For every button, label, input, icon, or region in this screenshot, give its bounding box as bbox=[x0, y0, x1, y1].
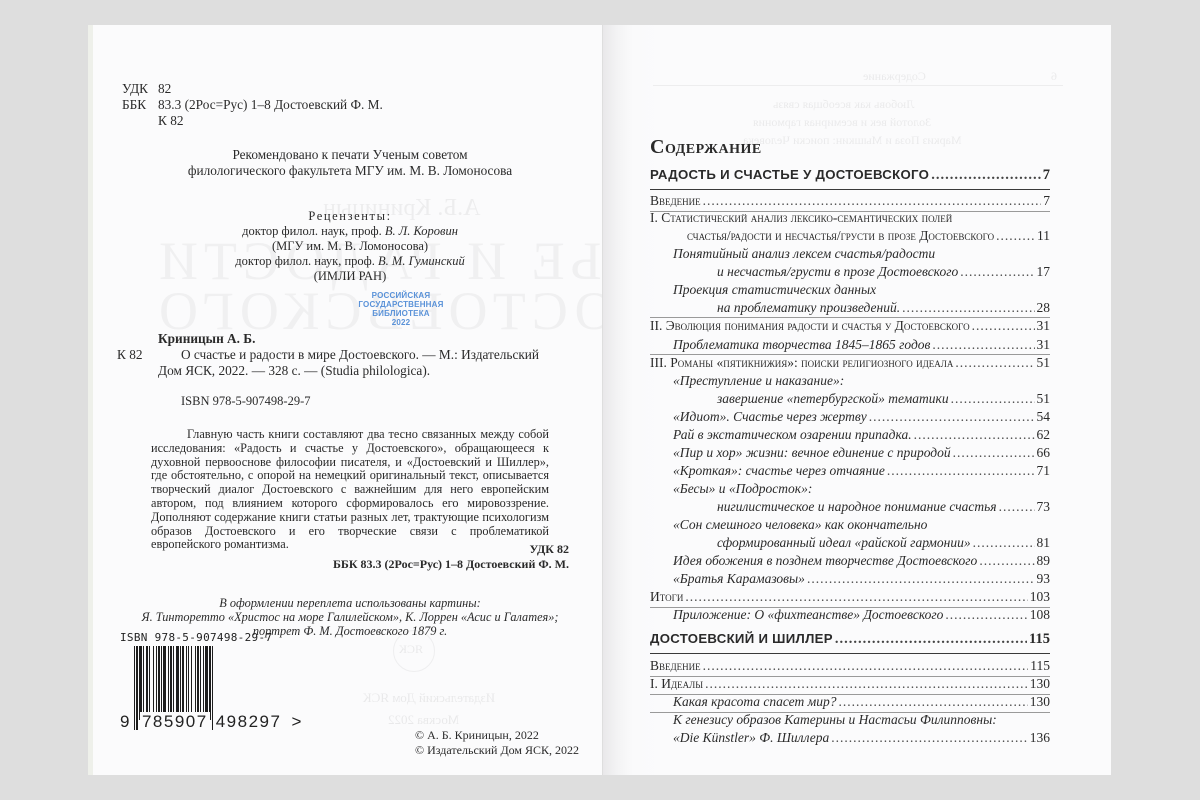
bbk-value: 83.3 (2Рос=Рус) 1–8 Достоевский Ф. М. bbox=[158, 97, 383, 112]
toc-entry-title: «Сон смешного человека» как окончательно bbox=[673, 517, 927, 533]
stamp-line-2: ГОСУДАРСТВЕННАЯ bbox=[346, 300, 456, 309]
toc-title: Содержание bbox=[650, 136, 762, 159]
toc-entry: Понятийный анализ лексем счастья/радости bbox=[673, 246, 935, 262]
left-page-imprint: А.Б. Криницын О СЧАСТЬЕ И РАДОСТИ В МИРЕ… bbox=[88, 25, 602, 775]
toc-entry-page: 7 bbox=[1043, 167, 1050, 184]
toc-entry-title: I. Идеалы bbox=[650, 676, 703, 692]
toc-leader-dots bbox=[953, 445, 1035, 461]
toc-entry-page: 31 bbox=[1037, 337, 1051, 353]
toc-entry-title: «Пир и хор» жизни: вечное единение с при… bbox=[673, 445, 951, 461]
toc-entry-title: и несчастья/грусти в прозе Достоевского bbox=[717, 264, 958, 280]
toc-entry: Приложение: О «фихтеанстве» Достоевского… bbox=[673, 607, 1050, 623]
entry-line-1: О счастье и радости в мире Достоевского.… bbox=[181, 347, 539, 363]
barcode-digits-group-2: 498297 bbox=[214, 712, 284, 731]
toc-leader-dots bbox=[932, 337, 1034, 353]
toc-leader-dots bbox=[902, 300, 1034, 316]
toc-entry-title: Идея обожения в позднем творчестве Досто… bbox=[673, 553, 977, 569]
toc-entry-title: К генезису образов Катерины и Настасьи Ф… bbox=[673, 712, 997, 728]
toc-part-rule bbox=[650, 189, 1050, 190]
show-through-running-header: Содержание bbox=[863, 69, 926, 84]
reviewer-1-title: доктор филол. наук, проф. bbox=[242, 224, 385, 238]
reviewers-heading: Рецензенты: bbox=[93, 208, 602, 224]
toc-entry: Проблематика творчества 1845–1865 годов3… bbox=[673, 337, 1050, 353]
recommendation-line-2: филологического факультета МГУ им. М. В.… bbox=[93, 163, 602, 179]
show-through-line-3: Маркиз Поза и Мышкин: поиски Человека bbox=[743, 133, 962, 148]
cover-credits-line-2: Я. Тинторетто «Христос на море Галилейск… bbox=[93, 610, 602, 625]
toc-entry: на проблематику произведений.28 bbox=[717, 300, 1050, 316]
toc-entry: «Братья Карамазовы»93 bbox=[673, 571, 1050, 587]
toc-entry-title: Введение bbox=[650, 658, 701, 674]
reviewer-2-name: В. М. Гуминский bbox=[378, 254, 465, 268]
show-through-publisher: Издательский Дом ЯСК bbox=[363, 690, 495, 706]
toc-entry-page: 17 bbox=[1037, 264, 1051, 280]
toc-entry-title: Понятийный анализ лексем счастья/радости bbox=[673, 246, 935, 262]
toc-entry-title: Введение bbox=[650, 193, 701, 209]
toc-entry-title: завершение «петербургской» тематики bbox=[717, 391, 949, 407]
show-through-page-number: 6 bbox=[1051, 69, 1057, 84]
toc-entry-page: 51 bbox=[1037, 391, 1051, 407]
toc-entry-page: 28 bbox=[1037, 300, 1051, 316]
toc-separator-rule bbox=[650, 317, 1050, 318]
toc-entry: «Бесы» и «Подросток»: bbox=[673, 481, 812, 497]
entry-author: Криницын А. Б. bbox=[158, 331, 255, 347]
bbk-label: ББК bbox=[122, 97, 158, 113]
toc-entry: К генезису образов Катерины и Настасьи Ф… bbox=[673, 712, 997, 728]
toc-entry-page: 130 bbox=[1030, 694, 1050, 710]
toc-leader-dots bbox=[979, 553, 1034, 569]
toc-entry-page: 93 bbox=[1037, 571, 1051, 587]
toc-entry-title: Итоги bbox=[650, 589, 683, 605]
toc-leader-dots bbox=[955, 355, 1034, 371]
toc-leader-dots bbox=[835, 631, 1027, 648]
toc-entry: РАДОСТЬ И СЧАСТЬЕ У ДОСТОЕВСКОГО7 bbox=[650, 167, 1050, 184]
toc-entry-page: 130 bbox=[1030, 676, 1050, 692]
show-through-line-2: Золотой век и всемирная гармония bbox=[753, 115, 931, 130]
toc-entry-page: 7 bbox=[1043, 193, 1050, 209]
toc-entry-page: 66 bbox=[1037, 445, 1051, 461]
toc-leader-dots bbox=[951, 391, 1035, 407]
toc-entry-page: 108 bbox=[1030, 607, 1050, 623]
toc-leader-dots bbox=[685, 589, 1027, 605]
toc-leader-dots bbox=[972, 318, 1035, 334]
toc-entry-title: счастья/радости и несчастья/грусти в про… bbox=[687, 228, 994, 244]
toc-leader-dots bbox=[703, 193, 1042, 209]
toc-entry-title: РАДОСТЬ И СЧАСТЬЕ У ДОСТОЕВСКОГО bbox=[650, 167, 929, 182]
reviewer-2: доктор филол. наук, проф. В. М. Гумински… bbox=[93, 253, 602, 269]
toc-entry: «Die Künstler» Ф. Шиллера136 bbox=[673, 730, 1050, 746]
toc-entry-page: 136 bbox=[1030, 730, 1050, 746]
toc-entry: «Пир и хор» жизни: вечное единение с при… bbox=[673, 445, 1050, 461]
show-through-city-year: Москва 2022 bbox=[388, 712, 459, 728]
toc-entry-page: 31 bbox=[1037, 318, 1051, 334]
show-through-logo-text: ЯСК bbox=[399, 642, 423, 657]
toc-entry-title: «Идиот». Счастье через жертву bbox=[673, 409, 867, 425]
toc-entry-page: 51 bbox=[1037, 355, 1051, 371]
toc-entry: Итоги103 bbox=[650, 589, 1050, 605]
toc-entry-page: 71 bbox=[1037, 463, 1051, 479]
toc-entry-page: 54 bbox=[1037, 409, 1051, 425]
toc-leader-dots bbox=[887, 463, 1035, 479]
copyright-author: © А. Б. Криницын, 2022 bbox=[415, 728, 539, 743]
toc-entry: Введение7 bbox=[650, 193, 1050, 209]
toc-entry: сформированный идеал «райской гармонии»8… bbox=[717, 535, 1050, 551]
toc-entry: I. Идеалы130 bbox=[650, 676, 1050, 692]
toc-entry: Рай в экстатическом озарении припадка.62 bbox=[673, 427, 1050, 443]
toc-leader-dots bbox=[703, 658, 1029, 674]
barcode-digit-first: 9 bbox=[120, 712, 134, 731]
toc-entry-title: Рай в экстатическом озарении припадка. bbox=[673, 427, 912, 443]
toc-separator-rule bbox=[650, 712, 1050, 713]
toc-entry: Идея обожения в позднем творчестве Досто… bbox=[673, 553, 1050, 569]
toc-separator-rule bbox=[650, 676, 1050, 677]
toc-leader-dots bbox=[807, 571, 1035, 587]
reviewer-2-title: доктор филол. наук, проф. bbox=[235, 254, 378, 268]
toc-entry: Какая красота спасет мир?130 bbox=[673, 694, 1050, 710]
toc-entry: I. Статистический анализ лексико-семанти… bbox=[650, 210, 952, 226]
toc-entry-title: I. Статистический анализ лексико-семанти… bbox=[650, 210, 952, 226]
toc-separator-rule bbox=[650, 211, 1050, 212]
udk-label: УДК bbox=[122, 81, 158, 97]
reviewer-1-affiliation: (МГУ им. М. В. Ломоносова) bbox=[93, 238, 602, 254]
toc-entry-title: Приложение: О «фихтеанстве» Достоевского bbox=[673, 607, 943, 623]
toc-entry-page: 115 bbox=[1029, 631, 1050, 648]
toc-entry-title: «Die Künstler» Ф. Шиллера bbox=[673, 730, 829, 746]
toc-entry-title: нигилистическое и народное понимание сча… bbox=[717, 499, 997, 515]
toc-leader-dots bbox=[996, 228, 1035, 244]
toc-entry: завершение «петербургской» тематики51 bbox=[717, 391, 1050, 407]
toc-part-rule bbox=[650, 653, 1050, 654]
stamp-line-1: РОССИЙСКАЯ bbox=[346, 291, 456, 300]
barcode-quiet-zone-marker: > bbox=[291, 712, 302, 731]
toc-entry: «Сон смешного человека» как окончательно bbox=[673, 517, 927, 533]
barcode-isbn-text: ISBN 978-5-907498-29-7 bbox=[120, 631, 303, 644]
stamp-line-3: БИБЛИОТЕКА bbox=[346, 309, 456, 318]
toc-entry: и несчастья/грусти в прозе Достоевского1… bbox=[717, 264, 1050, 280]
toc-entry-title: сформированный идеал «райской гармонии» bbox=[717, 535, 971, 551]
toc-leader-dots bbox=[838, 694, 1027, 710]
recommendation-line-1: Рекомендовано к печати Ученым советом bbox=[93, 147, 602, 163]
abstract-text: Главную часть книги составляют два тесно… bbox=[151, 428, 549, 552]
toc-leader-dots bbox=[931, 167, 1041, 184]
toc-entry-title: «Преступление и наказание»: bbox=[673, 373, 844, 389]
toc-entry-title: Проекция статистических данных bbox=[673, 282, 876, 298]
toc-leader-dots bbox=[973, 535, 1035, 551]
udk-repeat: УДК 82 bbox=[529, 542, 569, 557]
toc-entry-title: II. Эволюция понимания радости и счастья… bbox=[650, 318, 970, 334]
toc-leader-dots bbox=[999, 499, 1035, 515]
toc-entry-title: Проблематика творчества 1845–1865 годов bbox=[673, 337, 930, 353]
toc-entry: «Преступление и наказание»: bbox=[673, 373, 844, 389]
toc-leader-dots bbox=[960, 264, 1034, 280]
toc-entry: «Кроткая»: счастье через отчаяние71 bbox=[673, 463, 1050, 479]
toc-entry-page: 81 bbox=[1037, 535, 1051, 551]
toc-entry-title: на проблематику произведений. bbox=[717, 300, 900, 316]
toc-entry: Проекция статистических данных bbox=[673, 282, 876, 298]
stamp-line-4: 2022 bbox=[346, 318, 456, 327]
entry-mark: К 82 bbox=[117, 347, 143, 363]
copyright-publisher: © Издательский Дом ЯСК, 2022 bbox=[415, 743, 579, 758]
toc-entry-title: III. Романы «пятикнижия»: поиски религио… bbox=[650, 355, 953, 371]
bbk-repeat: ББК 83.3 (2Рос=Рус) 1–8 Достоевский Ф. М… bbox=[333, 557, 569, 572]
toc-separator-rule bbox=[650, 354, 1050, 355]
toc-entry-title: «Кроткая»: счастье через отчаяние bbox=[673, 463, 885, 479]
toc-leader-dots bbox=[945, 607, 1027, 623]
toc-separator-rule bbox=[650, 694, 1050, 695]
toc-leader-dots bbox=[831, 730, 1027, 746]
udk-value: 82 bbox=[158, 81, 171, 96]
toc-entry-page: 11 bbox=[1037, 228, 1050, 244]
toc-entry: «Идиот». Счастье через жертву54 bbox=[673, 409, 1050, 425]
toc-entry: III. Романы «пятикнижия»: поиски религио… bbox=[650, 355, 1050, 371]
udk-line: УДК82 bbox=[122, 81, 171, 97]
barcode-digits: 9785907498297> bbox=[120, 712, 303, 732]
cover-credits-line-1: В оформлении переплета использованы карт… bbox=[93, 596, 602, 611]
library-stamp: РОССИЙСКАЯ ГОСУДАРСТВЕННАЯ БИБЛИОТЕКА 20… bbox=[346, 291, 456, 327]
toc-separator-rule bbox=[650, 607, 1050, 608]
bbk-line: ББК83.3 (2Рос=Рус) 1–8 Достоевский Ф. М. bbox=[122, 97, 383, 113]
isbn-barcode: ISBN 978-5-907498-29-7 9785907498297> bbox=[120, 631, 303, 732]
toc-entry: ДОСТОЕВСКИЙ И ШИЛЛЕР115 bbox=[650, 631, 1050, 648]
toc-entry-title: «Братья Карамазовы» bbox=[673, 571, 805, 587]
toc-entry-page: 89 bbox=[1037, 553, 1051, 569]
entry-line-2: Дом ЯСК, 2022. — 328 с. — (Studia philol… bbox=[158, 363, 430, 379]
toc-entry-page: 115 bbox=[1030, 658, 1050, 674]
toc-entry-title: «Бесы» и «Подросток»: bbox=[673, 481, 812, 497]
author-mark: К 82 bbox=[158, 113, 184, 129]
toc-entry: счастья/радости и несчастья/грусти в про… bbox=[687, 228, 1050, 244]
toc-entry: нигилистическое и народное понимание сча… bbox=[717, 499, 1050, 515]
toc-entry: II. Эволюция понимания радости и счастья… bbox=[650, 318, 1050, 334]
right-page-contents: Содержание 6 Любовь как всеобщая связь З… bbox=[603, 25, 1111, 775]
show-through-header-rule bbox=[653, 85, 1063, 86]
toc-leader-dots bbox=[914, 427, 1035, 443]
toc-leader-dots bbox=[705, 676, 1028, 692]
toc-entry-page: 62 bbox=[1037, 427, 1051, 443]
toc-entry-title: ДОСТОЕВСКИЙ И ШИЛЛЕР bbox=[650, 631, 833, 646]
toc-entry-page: 103 bbox=[1030, 589, 1050, 605]
toc-leader-dots bbox=[869, 409, 1035, 425]
entry-isbn: ISBN 978-5-907498-29-7 bbox=[181, 393, 311, 409]
toc-entry: Введение115 bbox=[650, 658, 1050, 674]
toc-entry-title: Какая красота спасет мир? bbox=[673, 694, 836, 710]
reviewer-2-affiliation: (ИМЛИ РАН) bbox=[93, 268, 602, 284]
show-through-line-1: Любовь как всеобщая связь bbox=[773, 97, 914, 112]
toc-entry-page: 73 bbox=[1037, 499, 1051, 515]
barcode-digits-group-1: 785907 bbox=[140, 712, 210, 731]
reviewer-1: доктор филол. наук, проф. В. Л. Коровин bbox=[93, 223, 602, 239]
reviewer-1-name: В. Л. Коровин bbox=[385, 224, 458, 238]
